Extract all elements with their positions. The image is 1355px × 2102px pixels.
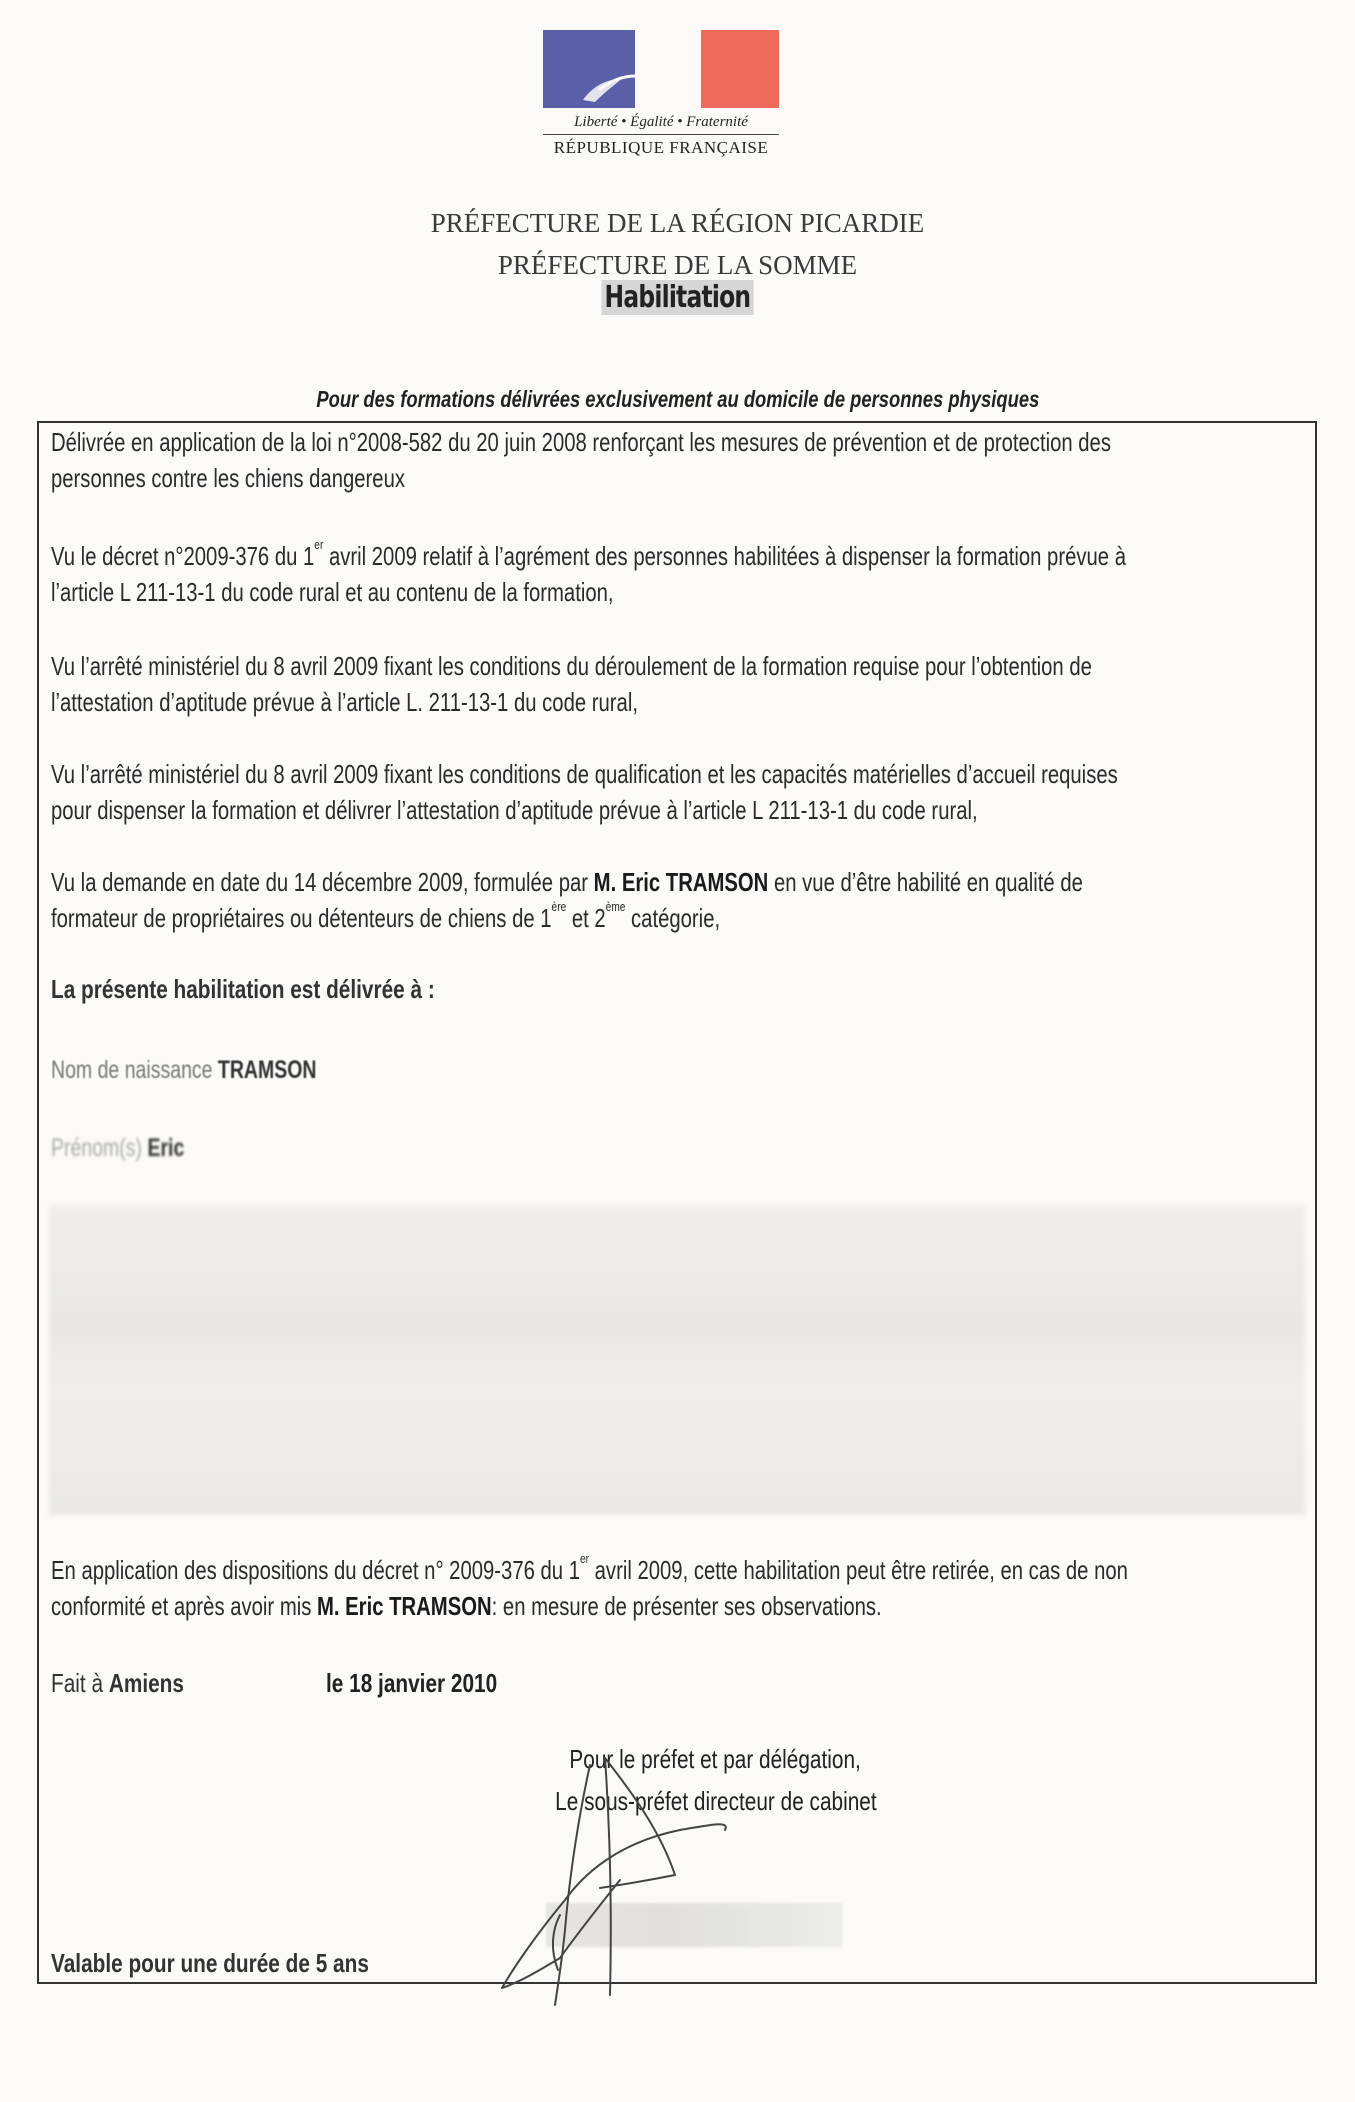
marianne-flag-icon: [543, 30, 779, 108]
paragraph-arrete-2: Vu l’arrêté ministériel du 8 avril 2009 …: [51, 756, 1151, 828]
paragraph-withdrawal: En application des dispositions du décre…: [51, 1552, 1151, 1624]
document-title: Habilitation: [601, 280, 753, 315]
paragraph-request: Vu la demande en date du 14 décembre 200…: [51, 864, 1151, 936]
first-name-field: Prénom(s) Eric: [51, 1134, 184, 1163]
birth-name-value: TRAMSON: [218, 1056, 317, 1084]
first-name-value: Eric: [147, 1134, 184, 1162]
prefecture-department: PRÉFECTURE DE LA SOMME: [0, 250, 1355, 281]
republic-name: RÉPUBLIQUE FRANÇAISE: [543, 138, 779, 158]
applicant-name: M. Eric TRAMSON: [594, 867, 769, 897]
signature-icon: [480, 1730, 780, 2010]
motto: Liberté • Égalité • Fraternité: [543, 114, 779, 135]
redacted-block: [49, 1205, 1305, 1515]
validity-period: Valable pour une durée de 5 ans: [51, 1948, 369, 1979]
holder-name: M. Eric TRAMSON: [317, 1591, 492, 1621]
delivered-to-heading: La présente habilitation est délivrée à …: [51, 974, 435, 1005]
paragraph-decree: Vu le décret n°2009-376 du 1er avril 200…: [51, 538, 1151, 610]
birth-name-field: Nom de naissance TRAMSON: [51, 1056, 317, 1085]
paragraph-arrete-1: Vu l’arrêté ministériel du 8 avril 2009 …: [51, 648, 1151, 720]
republic-logo: Liberté • Égalité • Fraternité RÉPUBLIQU…: [543, 30, 779, 158]
paragraph-law: Délivrée en application de la loi n°2008…: [51, 424, 1151, 496]
place-of-issue: Fait à Amiens: [51, 1668, 184, 1699]
prefecture-region: PRÉFECTURE DE LA RÉGION PICARDIE: [0, 208, 1355, 239]
issue-date: le 18 janvier 2010: [326, 1668, 497, 1699]
document-subtitle: Pour des formations délivrées exclusivem…: [316, 386, 1039, 413]
